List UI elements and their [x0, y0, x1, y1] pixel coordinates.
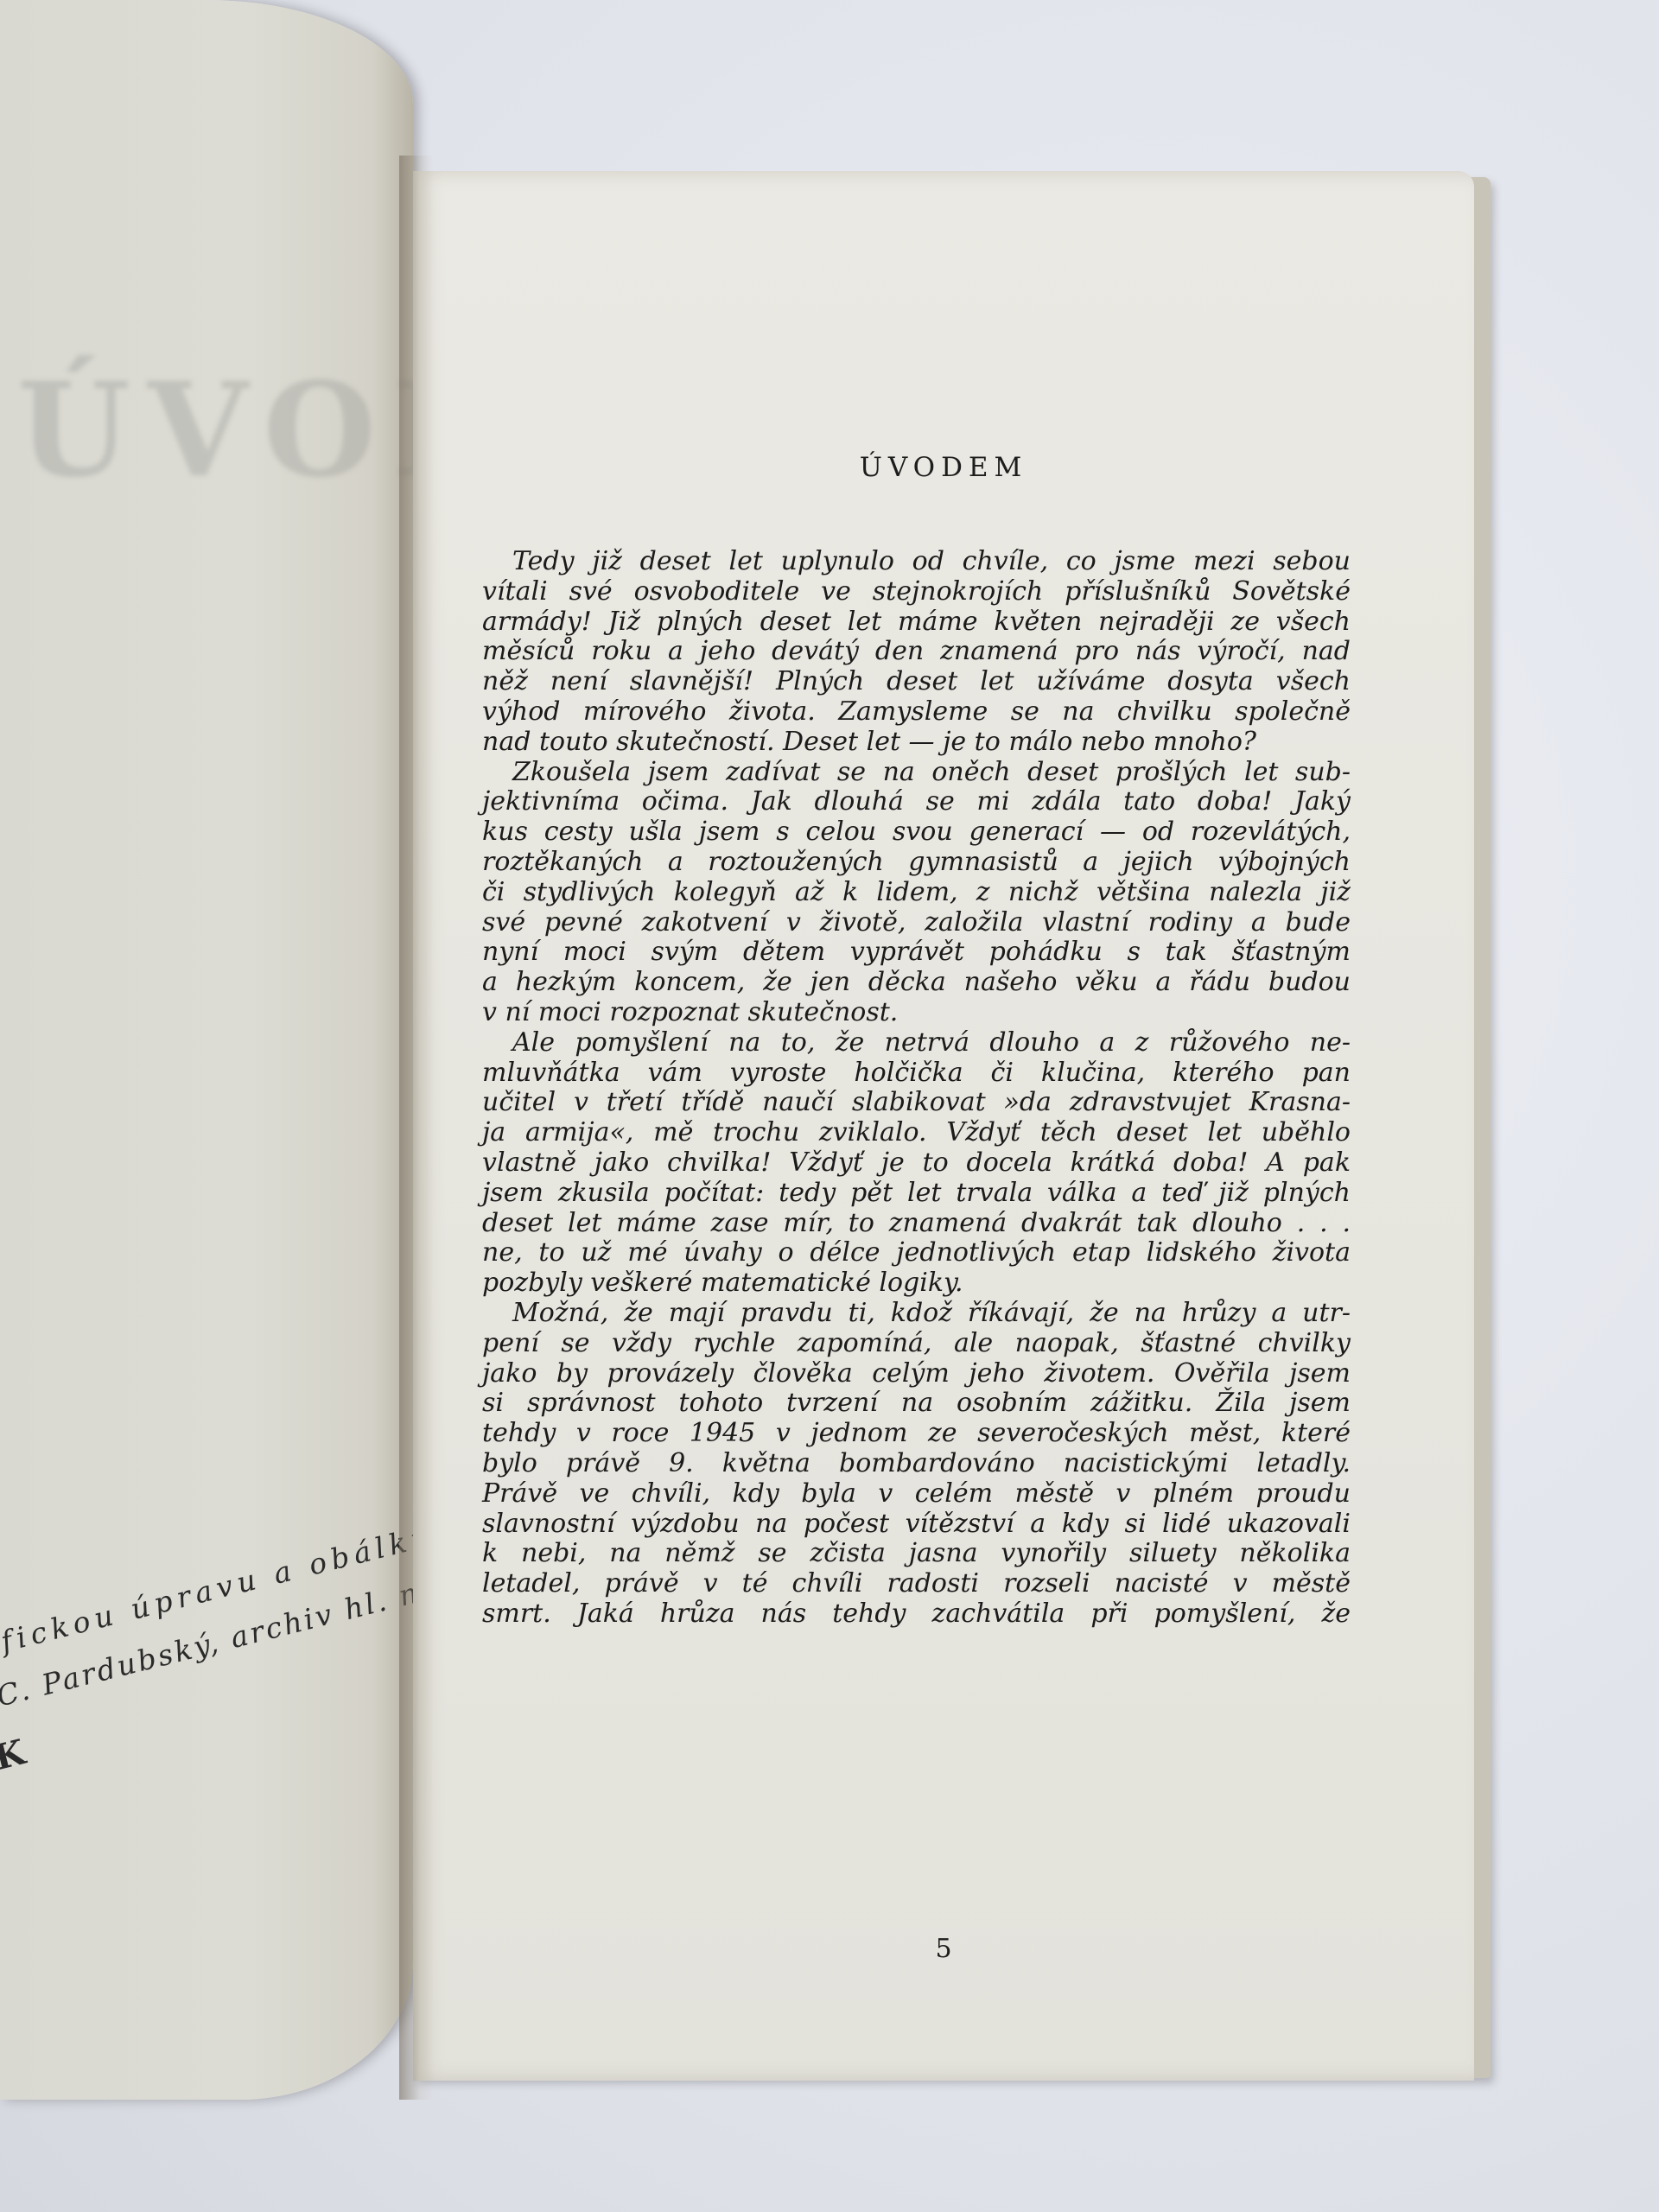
body-text: Tedy již deset let uplynulo od chvíle, c… — [482, 547, 1351, 1630]
text-line: jsem zkusila počítat: tedy pět let trval… — [482, 1179, 1351, 1209]
text-line: armády! Již plných deset let máme květen… — [482, 607, 1351, 638]
text-line: Ale pomyšlení na to, že netrvá dlouho a … — [482, 1028, 1351, 1058]
right-page: ÚVODEM Tedy již deset let uplynulo od ch… — [413, 171, 1474, 2081]
text-line: vítali své osvoboditele ve stejnokrojích… — [482, 577, 1351, 607]
text-line: kus cesty ušla jsem s celou svou generac… — [482, 817, 1351, 848]
text-line: ja armija«, mě trochu zviklalo. Vždyť tě… — [482, 1118, 1351, 1148]
text-line: Možná, že mají pravdu ti, kdož říkávají,… — [482, 1299, 1351, 1329]
text-line: roztěkaných a roztoužených gymnasistů a … — [482, 848, 1351, 878]
text-line: deset let máme zase mír, to znamená dvak… — [482, 1209, 1351, 1239]
text-line: si správnost tohoto tvrzení na osobním z… — [482, 1389, 1351, 1419]
book-gutter — [399, 156, 434, 2100]
text-line: pozbyly veškeré matematické logiky. — [482, 1268, 1351, 1299]
credits-line-3: K — [0, 1732, 29, 1778]
text-line: jektivníma očima. Jak dlouhá se mi zdála… — [482, 787, 1351, 817]
text-line: letadel, právě v té chvíli radosti rozse… — [482, 1569, 1351, 1599]
text-line: pení se vždy rychle zapomíná, ale naopak… — [482, 1329, 1351, 1359]
text-line: měsíců roku a jeho devátý den znamená pr… — [482, 637, 1351, 667]
text-line: ne, to už mé úvahy o délce jednotlivých … — [482, 1238, 1351, 1268]
left-page-show-through-heading: ÚVOD — [17, 354, 346, 475]
text-line: a hezkým koncem, že jen děcka našeho věk… — [482, 968, 1351, 998]
text-line: slavnostní výzdobu na počest vítězství a… — [482, 1510, 1351, 1540]
text-line: mluvňátka vám vyroste holčička či klučin… — [482, 1058, 1351, 1089]
text-line: smrt. Jaká hrůza nás tehdy zachvátila př… — [482, 1599, 1351, 1630]
text-line: v ní moci rozpoznat skutečnost. — [482, 998, 1351, 1028]
text-line: tehdy v roce 1945 v jednom ze severočesk… — [482, 1419, 1351, 1449]
text-line: jako by provázely člověka celým jeho živ… — [482, 1359, 1351, 1389]
text-line: své pevné zakotvení v životě, založila v… — [482, 908, 1351, 938]
text-line: Právě ve chvíli, kdy byla v celém městě … — [482, 1479, 1351, 1510]
text-line: bylo právě 9. května bombardováno nacist… — [482, 1449, 1351, 1479]
left-page: ÚVOD fickou úpravu a obálku navrhl C. Pa… — [0, 0, 413, 2100]
text-line: učitel v třetí třídě naučí slabikovat »d… — [482, 1088, 1351, 1118]
text-line: nyní moci svým dětem vyprávět pohádku s … — [482, 938, 1351, 968]
left-page-credits: fickou úpravu a obálku navrhl C. Pardubs… — [0, 1494, 419, 1603]
text-line: vlastně jako chvilka! Vždyť je to docela… — [482, 1148, 1351, 1179]
page-number: 5 — [413, 1934, 1474, 1964]
text-line: k nebi, na němž se zčista jasna vynořily… — [482, 1539, 1351, 1569]
text-line: Tedy již deset let uplynulo od chvíle, c… — [482, 547, 1351, 577]
text-line: nad touto skutečností. Deset let — je to… — [482, 728, 1351, 758]
chapter-title: ÚVODEM — [413, 452, 1474, 483]
text-line: Zkoušela jsem zadívat se na oněch deset … — [482, 758, 1351, 788]
text-line: či stydlivých kolegyň až k lidem, z nich… — [482, 878, 1351, 908]
text-line: výhod mírového života. Zamysleme se na c… — [482, 697, 1351, 728]
text-line: něž není slavnější! Plných deset let uží… — [482, 667, 1351, 697]
